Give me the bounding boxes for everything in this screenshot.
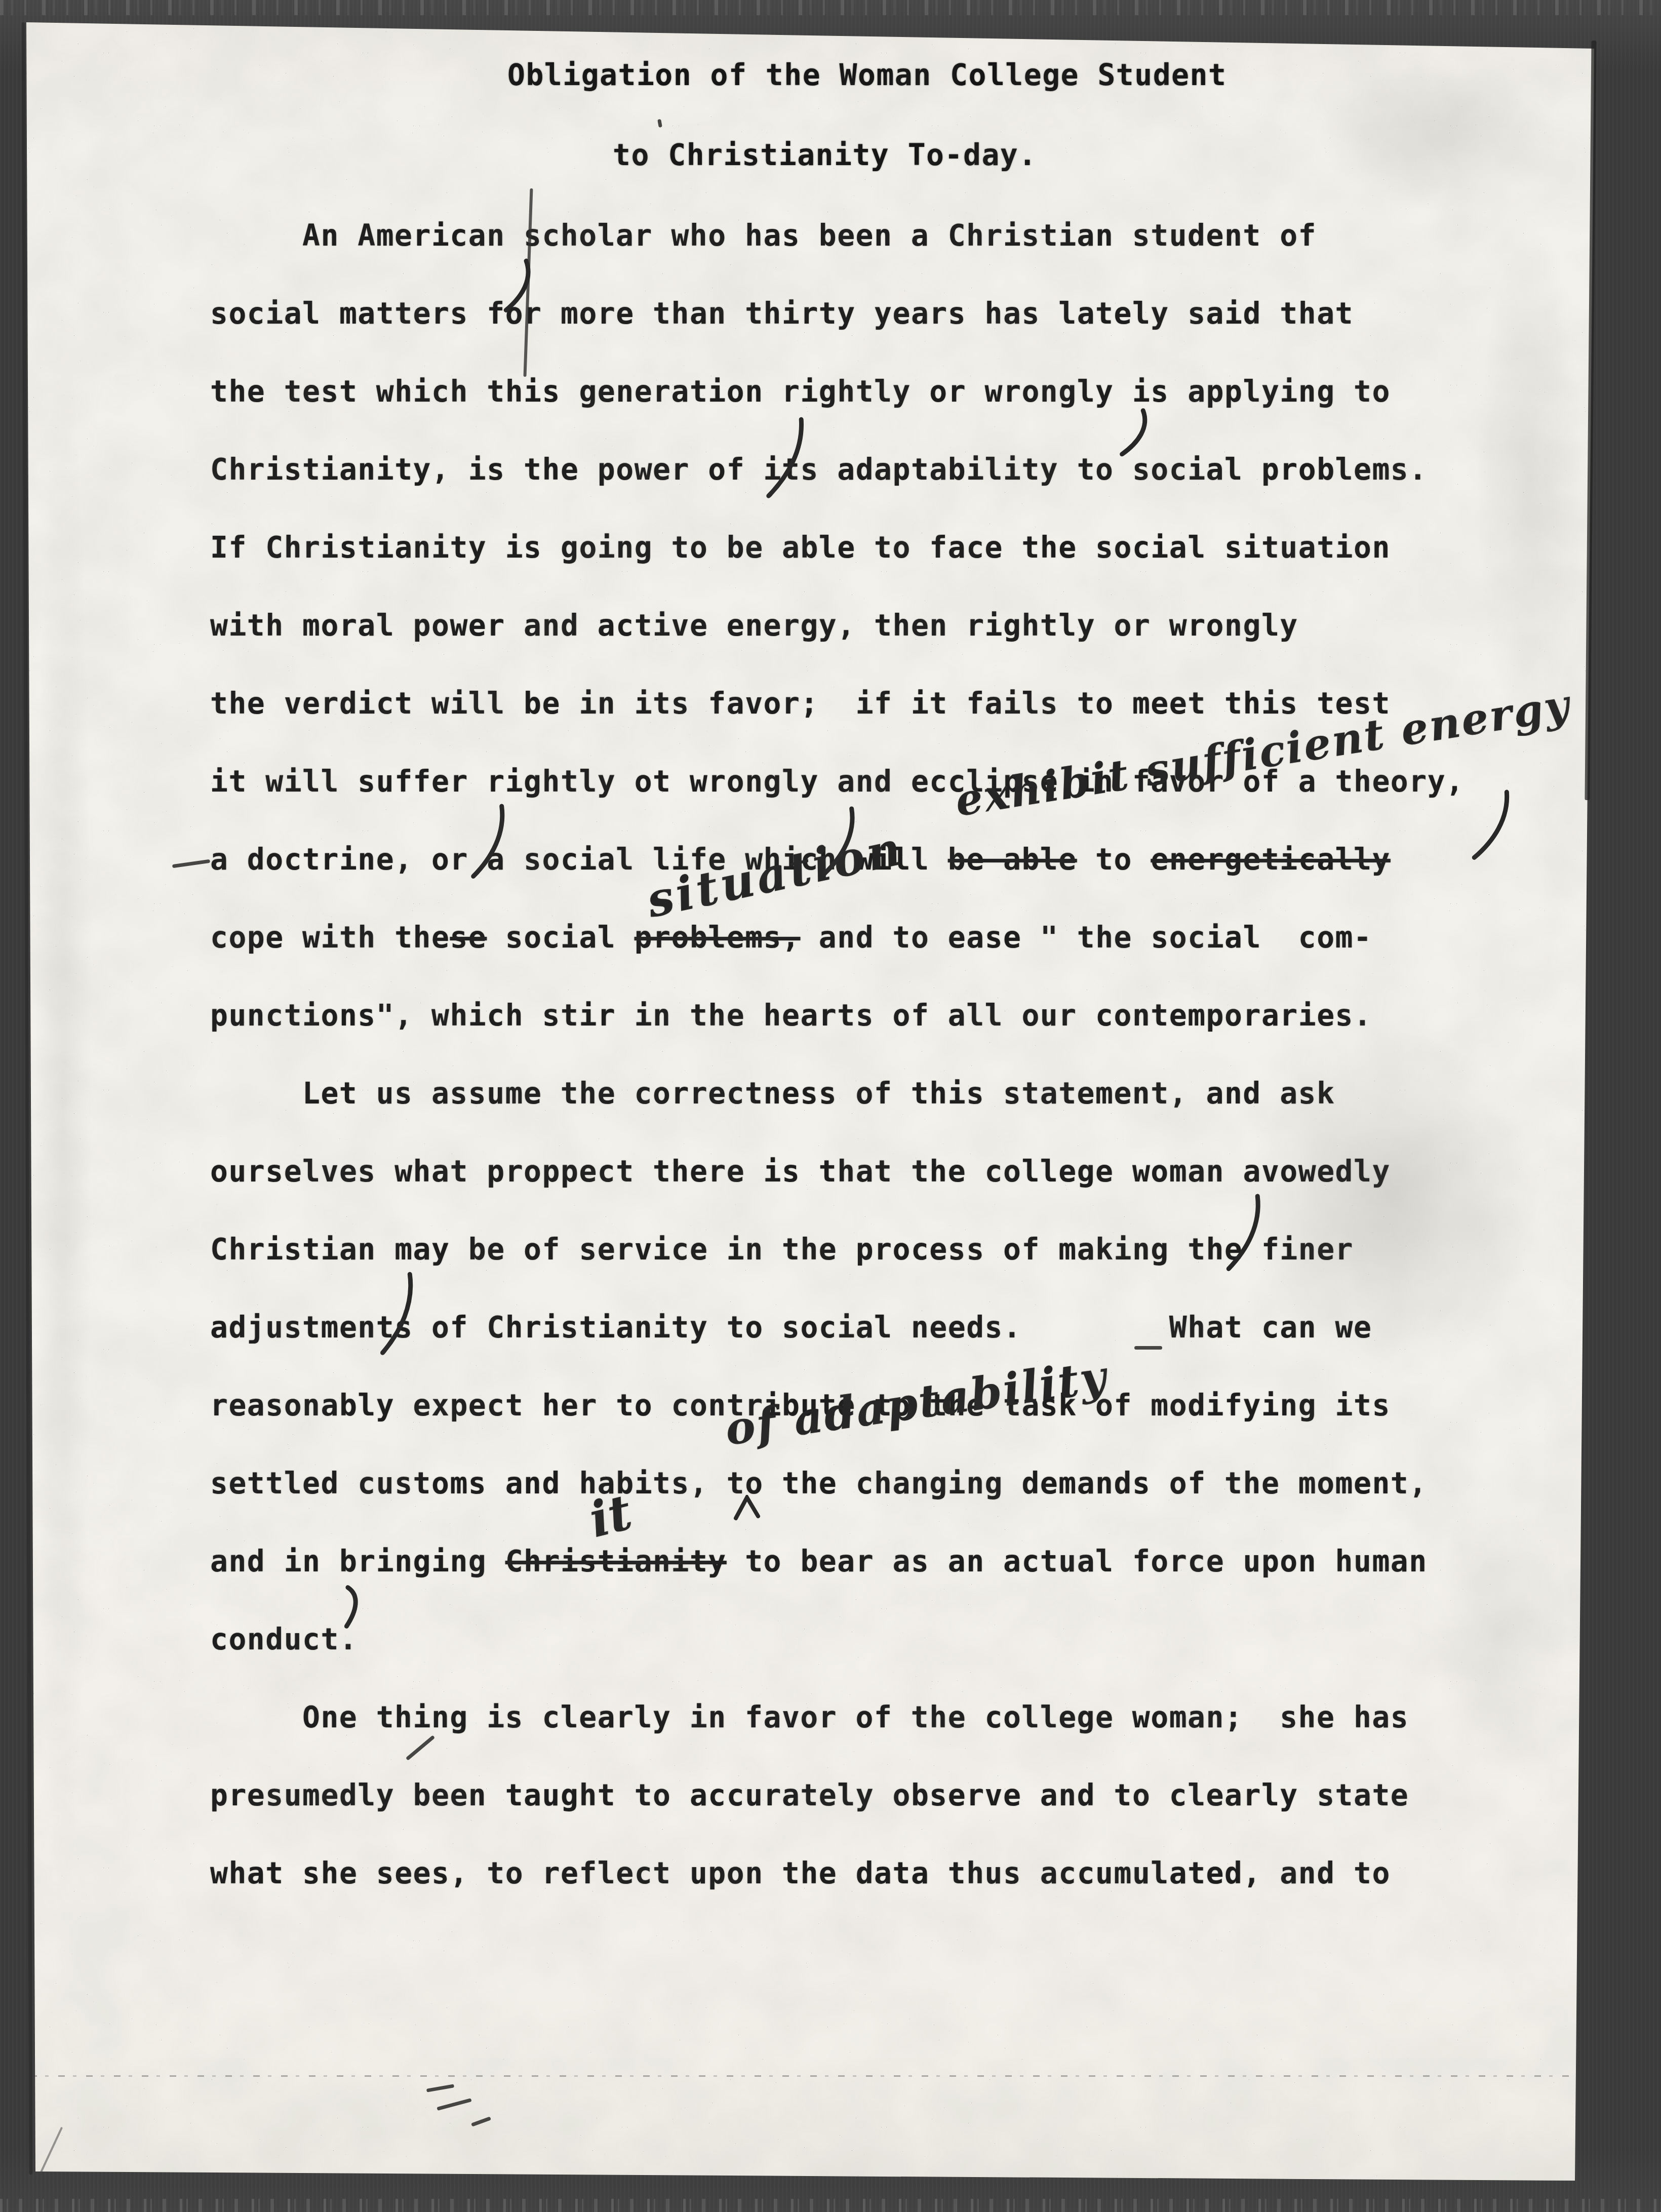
typed-text: If Christianity is going to be able to f… (210, 530, 1391, 565)
typed-line: If Christianity is going to be able to f… (210, 532, 1391, 563)
struck-out-text: be able (948, 842, 1077, 877)
typed-line: the test which this generation rightly o… (210, 376, 1391, 407)
typed-text: settled customs and habits, to the chang… (210, 1466, 1428, 1500)
typed-text: An American scholar who has been a Chris… (302, 218, 1317, 253)
typed-line: social matters for more than thirty year… (210, 298, 1354, 329)
typed-text: Let us assume the correctness of this st… (302, 1076, 1335, 1111)
typed-text: Christianity, is the power of its adapta… (210, 452, 1428, 487)
handwritten-stray-mark (471, 2116, 491, 2126)
typed-line: conduct. (210, 1624, 358, 1654)
paper-sheet: Obligation of the Woman College Student … (0, 0, 1661, 2212)
typed-text: presumedly been taught to accurately obs… (210, 1778, 1409, 1812)
typed-text: One thing is clearly in favor of the col… (302, 1700, 1409, 1734)
typed-line: Christian may be of service in the proce… (210, 1234, 1354, 1265)
typed-line: punctions", which stir in the hearts of … (210, 1000, 1372, 1031)
handwritten-insertion: situation (642, 820, 909, 928)
handwritten-caret-mark (733, 1495, 762, 1521)
typed-line: settled customs and habits, to the chang… (210, 1468, 1428, 1498)
typed-text: to (1077, 842, 1151, 877)
typed-text: cope with the (210, 920, 450, 955)
typed-text: what she sees, to reflect upon the data … (210, 1856, 1391, 1890)
typed-line: with moral power and active energy, then… (210, 610, 1298, 641)
typed-text: social (487, 920, 634, 955)
typed-text: ourselves what proppect there is that th… (210, 1154, 1391, 1189)
struck-out-text: energetically (1151, 842, 1390, 877)
scan-smudge (1266, 30, 1610, 243)
typed-text: and to ease " the social com- (800, 920, 1372, 955)
typed-line: An American scholar who has been a Chris… (210, 220, 1317, 251)
typed-line: what she sees, to reflect upon the data … (210, 1858, 1391, 1888)
typed-text: conduct. (210, 1622, 358, 1656)
typed-line: and in bringing Christianity to bear as … (210, 1546, 1428, 1576)
handwritten-stray-mark (1134, 1346, 1162, 1350)
typed-text: and in bringing (210, 1544, 505, 1578)
paper-crease-line (30, 2075, 1570, 2077)
typed-text: the verdict will be in its favor; if it … (210, 686, 1391, 721)
handwritten-stray-mark (426, 2084, 454, 2092)
handwritten-insertion: of adaptability (722, 1350, 1111, 1455)
typed-text: social matters for more than thirty year… (210, 296, 1354, 331)
handwritten-stray-mark (172, 859, 210, 868)
typed-text: with moral power and active energy, then… (210, 608, 1298, 643)
typed-line: One thing is clearly in favor of the col… (210, 1702, 1409, 1732)
typed-line: Let us assume the correctness of this st… (210, 1078, 1335, 1109)
handwritten-stray-mark (657, 119, 662, 128)
typed-line: the verdict will be in its favor; if it … (210, 688, 1391, 719)
typed-text: to bear as an actual force upon human (727, 1544, 1428, 1578)
scan-smudge (28, 101, 99, 2127)
typed-line: ourselves what proppect there is that th… (210, 1156, 1391, 1187)
handwritten-stray-mark (406, 1735, 435, 1760)
typed-line: presumedly been taught to accurately obs… (210, 1780, 1409, 1810)
typed-text: punctions", which stir in the hearts of … (210, 998, 1372, 1033)
handwritten-stray-mark (437, 2098, 471, 2111)
scan-smudge (1408, 1443, 1590, 1823)
struck-out-text: se (450, 920, 487, 955)
typed-text: Christian may be of service in the proce… (210, 1232, 1354, 1267)
typed-line: Christianity, is the power of its adapta… (210, 454, 1428, 485)
document-title-line-1: Obligation of the Woman College Student (507, 60, 1227, 90)
document-title-line-2: to Christianity To-day. (613, 140, 1037, 170)
typed-text: the test which this generation rightly o… (210, 374, 1391, 409)
microfilm-scan: Obligation of the Woman College Student … (0, 0, 1661, 2212)
handwritten-comma-mark (1461, 782, 1519, 877)
typed-line: cope with these social problems, and to … (210, 922, 1372, 953)
struck-out-text: Christianity (505, 1544, 727, 1578)
